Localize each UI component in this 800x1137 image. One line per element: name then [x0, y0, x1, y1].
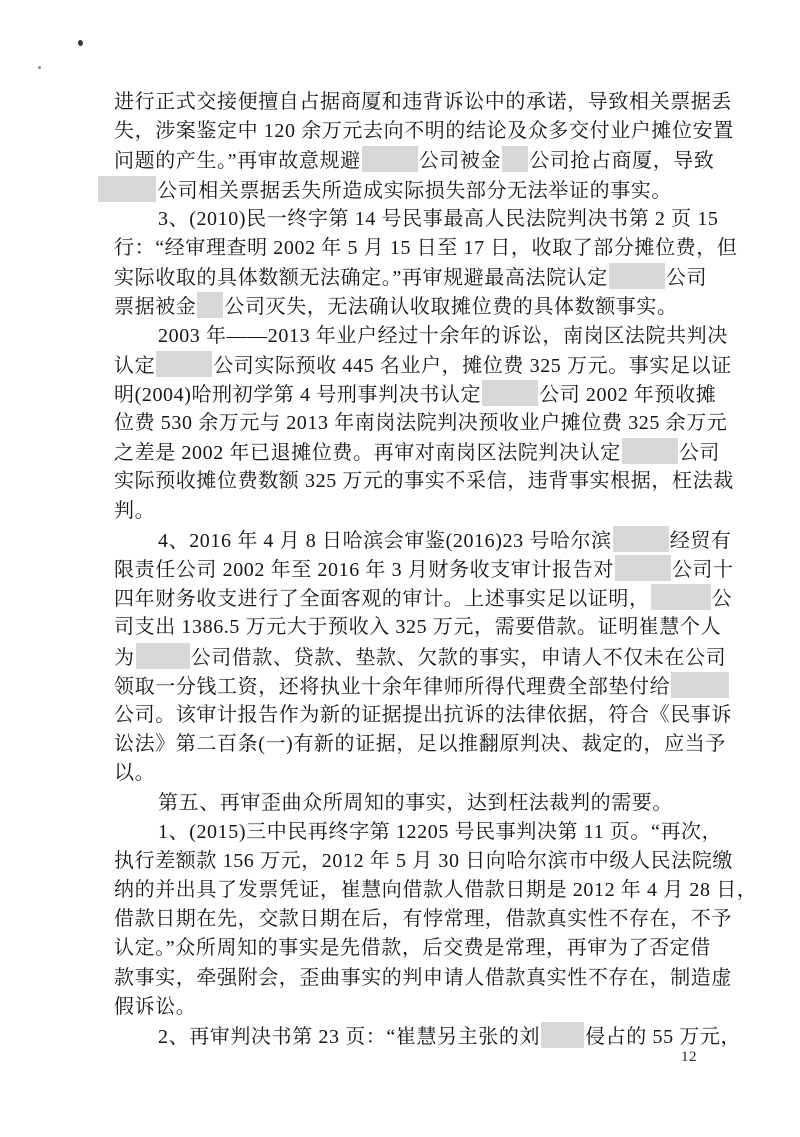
text-line: 实际收取的具体数额无法确定。”再审规避最高法院认定公司 [114, 263, 724, 292]
text-run: 四年财务收支进行了全面客观的审计。上述事实足以证明， [114, 588, 650, 610]
text-line: 讼法》第二百条(一)有新的证据，足以推翻原判决、裁定的，应当予 [114, 730, 724, 759]
text-line: 以。 [114, 759, 724, 788]
text-run: 公司十 [672, 559, 734, 581]
text-run: 公司被金 [419, 150, 501, 172]
text-run: 2、再审判决书第 23 页：“崔慧另主张的刘 [158, 1026, 540, 1048]
text-run: 之差是 2002 年已退摊位费。再审对南岗区法院判决认定 [114, 442, 621, 464]
text-run: 问题的产生。”再审故意规避 [114, 150, 361, 172]
text-line: 纳的并出具了发票凭证，崔慧向借款人借款日期是 2012 年 4 月 28 日， [114, 876, 724, 905]
text-run: 公司抢占商厦，导致 [529, 150, 714, 172]
text-run: 侵占的 55 万元， [585, 1026, 741, 1048]
paragraph: 3、(2010)民一终字第 14 号民事最高人民法院判决书第 2 页 15行：“… [114, 205, 724, 322]
text-line: 公司。该审计报告作为新的证据提出抗诉的法律依据，符合《民事诉 [114, 701, 724, 730]
text-run: 经贸有 [670, 530, 732, 552]
text-line: 2、再审判决书第 23 页：“崔慧另主张的刘侵占的 55 万元， [114, 1022, 724, 1051]
text-line: 款事实，牵强附会，歪曲事实的判申请人借款真实性不存在，制造虚 [114, 964, 724, 993]
redaction-box [156, 351, 212, 377]
text-run: 实际收取的具体数额无法确定。”再审规避最高法院认定 [114, 267, 608, 289]
redaction-box [671, 672, 729, 698]
text-run: 进行正式交接便擅自占据商厦和违背诉讼中的承诺，导致相关票据丢 [114, 91, 732, 113]
text-line: 判。 [114, 497, 724, 526]
redaction-box [482, 380, 538, 406]
text-line: 认定公司实际预收 445 名业户，摊位费 325 万元。事实足以证 [114, 351, 724, 380]
redaction-box [502, 146, 528, 172]
text-line: 1、(2015)三中民再终字第 12205 号民事判决第 11 页。“再次， [114, 818, 724, 847]
text-run: 1、(2015)三中民再终字第 12205 号民事判决第 11 页。“再次， [158, 821, 722, 843]
text-run: 为 [114, 647, 135, 669]
text-line: 为公司借款、贷款、垫款、欠款的事实，申请人不仅未在公司 [114, 643, 724, 672]
text-run: 公司 [666, 267, 707, 289]
text-line: 公司相关票据丢失所造成实际损失部分无法举证的事实。 [114, 176, 724, 205]
page-number: 12 [681, 1049, 697, 1066]
redaction-box [622, 438, 678, 464]
ink-speck [78, 40, 83, 46]
text-run: 公司灭失，无法确认收取摊位费的具体数额事实。 [224, 296, 677, 318]
text-run: 公司 [679, 442, 720, 464]
text-run: 位费 530 余万元与 2013 年南岗法院判决预收业户摊位费 325 余万元 [114, 412, 727, 434]
text-line: 之差是 2002 年已退摊位费。再审对南岗区法院判决认定公司 [114, 438, 724, 467]
text-run: 限责任公司 2002 年至 2016 年 3 月财务收支审计报告对 [114, 559, 614, 581]
text-run: 实际预收摊位费数额 325 万元的事实不采信，违背事实根据，枉法裁 [114, 470, 734, 492]
paragraph: 4、2016 年 4 月 8 日哈滨会审鉴(2016)23 号哈尔滨经贸有限责任… [114, 526, 724, 789]
text-line: 领取一分钱工资，还将执业十余年律师所得代理费全部垫付给 [114, 672, 724, 701]
text-line: 2003 年——2013 年业户经过十余年的诉讼，南岗区法院共判决 [114, 322, 724, 351]
text-line: 限责任公司 2002 年至 2016 年 3 月财务收支审计报告对公司十 [114, 555, 724, 584]
text-run: 认定 [114, 355, 155, 377]
text-line: 4、2016 年 4 月 8 日哈滨会审鉴(2016)23 号哈尔滨经贸有 [114, 526, 724, 555]
text-run: 公司借款、贷款、垫款、欠款的事实，申请人不仅未在公司 [191, 647, 727, 669]
text-run: 明(2004)哈刑初学第 4 号刑事判决书认定 [114, 384, 481, 406]
text-run: 执行差额款 156 万元，2012 年 5 月 30 日向哈尔滨市中级人民法院缴 [114, 850, 733, 872]
redaction-box [615, 555, 671, 581]
redaction-box [609, 263, 665, 289]
redaction-box [613, 526, 669, 552]
redaction-box [362, 146, 418, 172]
text-line: 位费 530 余万元与 2013 年南岗法院判决预收业户摊位费 325 余万元 [114, 409, 724, 438]
text-run: 4、2016 年 4 月 8 日哈滨会审鉴(2016)23 号哈尔滨 [158, 530, 612, 552]
text-line: 明(2004)哈刑初学第 4 号刑事判决书认定公司 2002 年预收摊 [114, 380, 724, 409]
text-run: 款事实，牵强附会，歪曲事实的判申请人借款真实性不存在，制造虚 [114, 967, 732, 989]
text-run: 纳的并出具了发票凭证，崔慧向借款人借款日期是 2012 年 4 月 28 日， [114, 879, 757, 901]
text-run: 判。 [114, 500, 155, 522]
text-run: 借款日期在先，交款日期在后，有悖常理，借款真实性不存在，不予 [114, 908, 732, 930]
text-line: 执行差额款 156 万元，2012 年 5 月 30 日向哈尔滨市中级人民法院缴 [114, 847, 724, 876]
redaction-box [98, 176, 156, 202]
text-line: 行：“经审理查明 2002 年 5 月 15 日至 17 日，收取了部分摊位费，… [114, 234, 724, 263]
text-run: 假诉讼。 [114, 996, 196, 1018]
text-line: 假诉讼。 [114, 993, 724, 1022]
text-run: 公司 2002 年预收摊 [539, 384, 716, 406]
text-run: 公 [712, 588, 733, 610]
redaction-box [651, 584, 711, 610]
text-run: 失，涉案鉴定中 120 余万元去向不明的结论及众多交付业户摊位安置 [114, 120, 734, 142]
text-line: 实际预收摊位费数额 325 万元的事实不采信，违背事实根据，枉法裁 [114, 467, 724, 496]
text-run: 2003 年——2013 年业户经过十余年的诉讼，南岗区法院共判决 [158, 325, 728, 347]
redaction-box [197, 292, 223, 318]
paragraph: 进行正式交接便擅自占据商厦和违背诉讼中的承诺，导致相关票据丢失，涉案鉴定中 12… [114, 88, 724, 205]
text-run: 3、(2010)民一终字第 14 号民事最高人民法院判决书第 2 页 15 [158, 208, 719, 230]
text-line: 四年财务收支进行了全面客观的审计。上述事实足以证明，公 [114, 584, 724, 613]
text-run: 讼法》第二百条(一)有新的证据，足以推翻原判决、裁定的，应当予 [114, 733, 726, 755]
text-run: 司支出 1386.5 万元大于预收入 325 万元，需要借款。证明崔慧个人 [114, 616, 721, 638]
text-run: 公司实际预收 445 名业户，摊位费 325 万元。事实足以证 [213, 355, 732, 377]
paragraph: 2003 年——2013 年业户经过十余年的诉讼，南岗区法院共判决认定公司实际预… [114, 322, 724, 526]
text-run: 第五、再审歪曲众所周知的事实，达到枉法裁判的需要。 [158, 792, 673, 814]
document-page: 进行正式交接便擅自占据商厦和违背诉讼中的承诺，导致相关票据丢失，涉案鉴定中 12… [0, 0, 800, 1137]
text-run: 认定。”众所周知的事实是先借款，后交费是常理，再审为了否定借 [114, 937, 711, 959]
text-run: 以。 [114, 762, 155, 784]
redaction-box [136, 643, 190, 669]
text-line: 认定。”众所周知的事实是先借款，后交费是常理，再审为了否定借 [114, 934, 724, 963]
text-line: 失，涉案鉴定中 120 余万元去向不明的结论及众多交付业户摊位安置 [114, 117, 724, 146]
paragraph: 2、再审判决书第 23 页：“崔慧另主张的刘侵占的 55 万元， [114, 1022, 724, 1051]
redaction-box [541, 1022, 584, 1048]
paragraph: 第五、再审歪曲众所周知的事实，达到枉法裁判的需要。 [114, 789, 724, 818]
text-run: 行：“经审理查明 2002 年 5 月 15 日至 17 日，收取了部分摊位费，… [114, 237, 737, 259]
text-line: 进行正式交接便擅自占据商厦和违背诉讼中的承诺，导致相关票据丢 [114, 88, 724, 117]
text-run: 票据被金 [114, 296, 196, 318]
text-line: 3、(2010)民一终字第 14 号民事最高人民法院判决书第 2 页 15 [114, 205, 724, 234]
text-line: 司支出 1386.5 万元大于预收入 325 万元，需要借款。证明崔慧个人 [114, 613, 724, 642]
text-line: 票据被金公司灭失，无法确认收取摊位费的具体数额事实。 [114, 292, 724, 321]
text-line: 借款日期在先，交款日期在后，有悖常理，借款真实性不存在，不予 [114, 905, 724, 934]
text-run: 公司。该审计报告作为新的证据提出抗诉的法律依据，符合《民事诉 [114, 704, 732, 726]
text-run: 公司相关票据丢失所造成实际损失部分无法举证的事实。 [157, 180, 672, 202]
paragraph: 1、(2015)三中民再终字第 12205 号民事判决第 11 页。“再次，执行… [114, 818, 724, 1022]
text-line: 问题的产生。”再审故意规避公司被金公司抢占商厦，导致 [114, 146, 724, 175]
text-run: 领取一分钱工资，还将执业十余年律师所得代理费全部垫付给 [114, 676, 670, 698]
ink-speck [38, 66, 41, 69]
text-line: 第五、再审歪曲众所周知的事实，达到枉法裁判的需要。 [114, 789, 724, 818]
page-body: 进行正式交接便擅自占据商厦和违背诉讼中的承诺，导致相关票据丢失，涉案鉴定中 12… [114, 88, 724, 1051]
